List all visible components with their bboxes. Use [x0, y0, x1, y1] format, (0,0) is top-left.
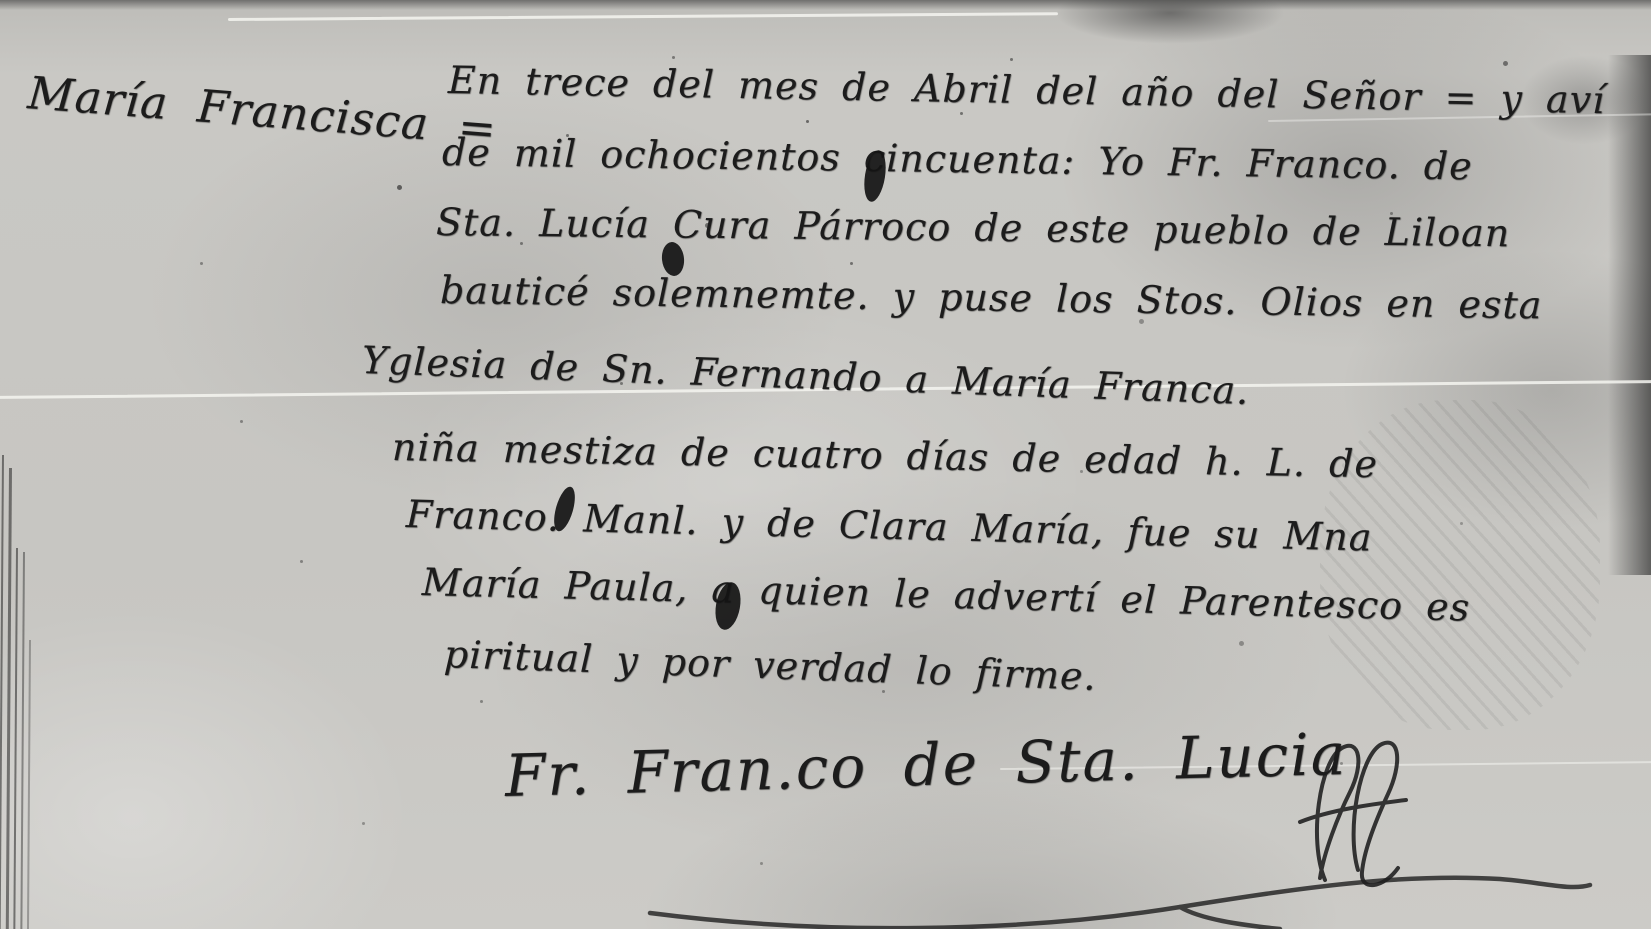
- ink-specks: [0, 0, 3, 3]
- binding-line: [13, 548, 18, 929]
- record-line: Franco. Manl. y de Clara María, fue su M…: [405, 492, 1373, 560]
- bottom-flourish: [640, 855, 1600, 929]
- record-line: Yglesia de Sn. Fernando a María Franca.: [361, 338, 1250, 413]
- priest-signature: Fr. Fran.co de Sta. Lucia: [504, 720, 1348, 810]
- binding-line: [27, 640, 31, 929]
- margin-entry-name: María Francisca =: [26, 66, 499, 156]
- record-line: piritual y por verdad lo firme.: [443, 632, 1097, 699]
- record-line: En trece del mes de Abril del año del Se…: [448, 58, 1606, 122]
- page-top-edge-shadow: [0, 0, 1651, 10]
- record-line: de mil ochocientos cincuenta: Yo Fr. Fra…: [442, 130, 1473, 188]
- page-corner-stain: [1055, 0, 1285, 44]
- record-line: bauticé solemnemte. y puse los Stos. Oli…: [440, 268, 1543, 327]
- binding-line: [0, 455, 4, 929]
- page-right-edge-shadow: [1608, 55, 1651, 575]
- record-line: María Paula, a quien le advertí el Paren…: [421, 560, 1470, 630]
- binding-line: [6, 468, 12, 929]
- record-line: Sta. Lucía Cura Párroco de este pueblo d…: [436, 200, 1511, 255]
- manuscript-page: María Francisca = En trece del mes de Ab…: [0, 0, 1651, 929]
- binding-line: [20, 552, 25, 929]
- record-line: niña mestiza de cuatro días de edad h. L…: [392, 425, 1379, 486]
- paper-crease-top: [228, 12, 1058, 21]
